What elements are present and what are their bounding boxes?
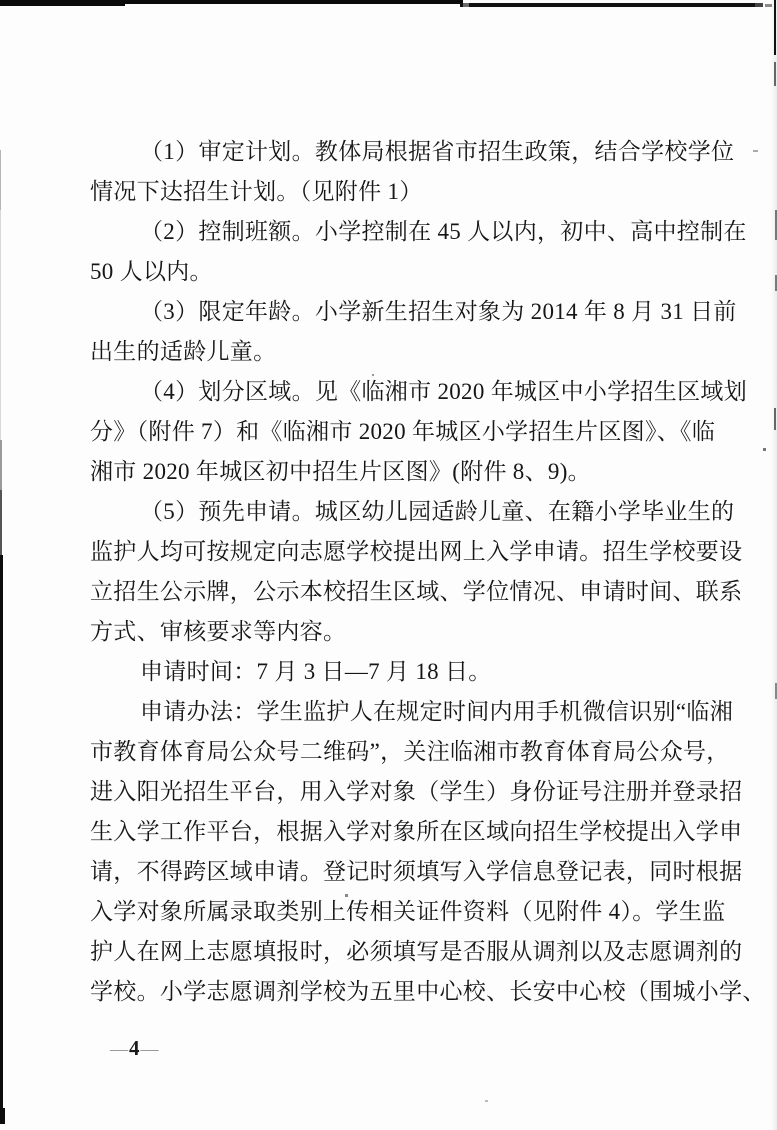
scan-artifact-left-edge [0, 440, 2, 490]
page-number-dash-left: — [110, 1039, 128, 1059]
text-line: （1）审定计划。教体局根据省市招生政策，结合学校学位 [90, 132, 718, 172]
text-line: （4）划分区域。见《临湘市 2020 年城区中小学招生区域划 [90, 372, 718, 412]
scan-artifact-right-edge [774, 0, 776, 55]
text-line: 学校。小学志愿调剂学校为五里中心校、长安中心校（围城小学、 [90, 972, 718, 1012]
text-line: 立招生公示牌，公示本校招生区域、学位情况、申请时间、联系 [90, 572, 718, 612]
text-line: （5）预先申请。城区幼儿园适龄儿童、在籍小学毕业生的 [90, 492, 718, 532]
scanned-document-page: （1）审定计划。教体局根据省市招生政策，结合学校学位 情况下达招生计划。（见附件… [0, 0, 777, 1130]
scan-artifact-speck [763, 448, 766, 451]
scan-artifact-right-shade [771, 0, 777, 1130]
text-line: 分》（附件 7）和《临湘市 2020 年城区小学招生片区图》、《临 [90, 412, 718, 452]
scan-artifact-left-edge [0, 555, 3, 1108]
text-line: 护人在网上志愿填报时，必须填写是否服从调剂以及志愿调剂的 [90, 932, 718, 972]
text-line: 申请办法：学生监护人在规定时间内用手机微信识别“临湘 [90, 692, 718, 732]
page-number-dash-right: — [141, 1039, 159, 1059]
text-line: 情况下达招生计划。（见附件 1） [90, 172, 718, 212]
text-line: 申请时间：7 月 3 日—7 月 18 日。 [90, 652, 718, 692]
scan-artifact-top-bar-notch [463, 3, 469, 7]
scan-artifact-left-blob [0, 1108, 5, 1124]
text-line: 进入阳光招生平台，用入学对象（学生）身份证号注册并登录招 [90, 772, 718, 812]
scan-artifact-left-edge [0, 490, 2, 555]
text-line: 湘市 2020 年城区初中招生片区图》(附件 8、9)。 [90, 452, 718, 492]
text-line: 监护人均可按规定向志愿学校提出网上入学申请。招生学校要设 [90, 532, 718, 572]
scan-artifact-left-edge [0, 150, 1, 210]
text-line: 方式、审核要求等内容。 [90, 612, 718, 652]
page-number: —4— [110, 1036, 159, 1061]
page-number-value: 4 [128, 1036, 141, 1060]
scan-artifact-left-edge [0, 210, 1, 440]
text-line: 生入学工作平台，根据入学对象所在区域向招生学校提出入学申 [90, 812, 718, 852]
scan-artifact-right-edge [774, 62, 776, 86]
text-line: （3）限定年龄。小学新生招生对象为 2014 年 8 月 31 日前 [90, 292, 718, 332]
text-line: 市教育体育局公众号二维码”，关注临湘市教育体育局公众号， [90, 732, 718, 772]
scan-artifact-top-speck [755, 3, 763, 7]
text-line: 入学对象所属录取类别上传相关证件资料（见附件 4）。学生监 [90, 892, 718, 932]
scan-artifact-speck [485, 1100, 488, 1102]
scan-artifact-speck [753, 150, 758, 152]
document-body: （1）审定计划。教体局根据省市招生政策，结合学校学位 情况下达招生计划。（见附件… [90, 132, 718, 1012]
text-line: 请，不得跨区域申请。登记时须填写入学信息登记表，同时根据 [90, 852, 718, 892]
text-line: 出生的适龄儿童。 [90, 332, 718, 372]
text-line: 50 人以内。 [90, 252, 718, 292]
scan-artifact-top-bar [460, 3, 755, 7]
scan-artifact-top-bar [118, 0, 463, 4]
scan-artifact-top-bar [0, 0, 125, 6]
scan-artifact-right-edge [774, 408, 776, 430]
text-line: （2）控制班额。小学控制在 45 人以内，初中、高中控制在 [90, 212, 718, 252]
